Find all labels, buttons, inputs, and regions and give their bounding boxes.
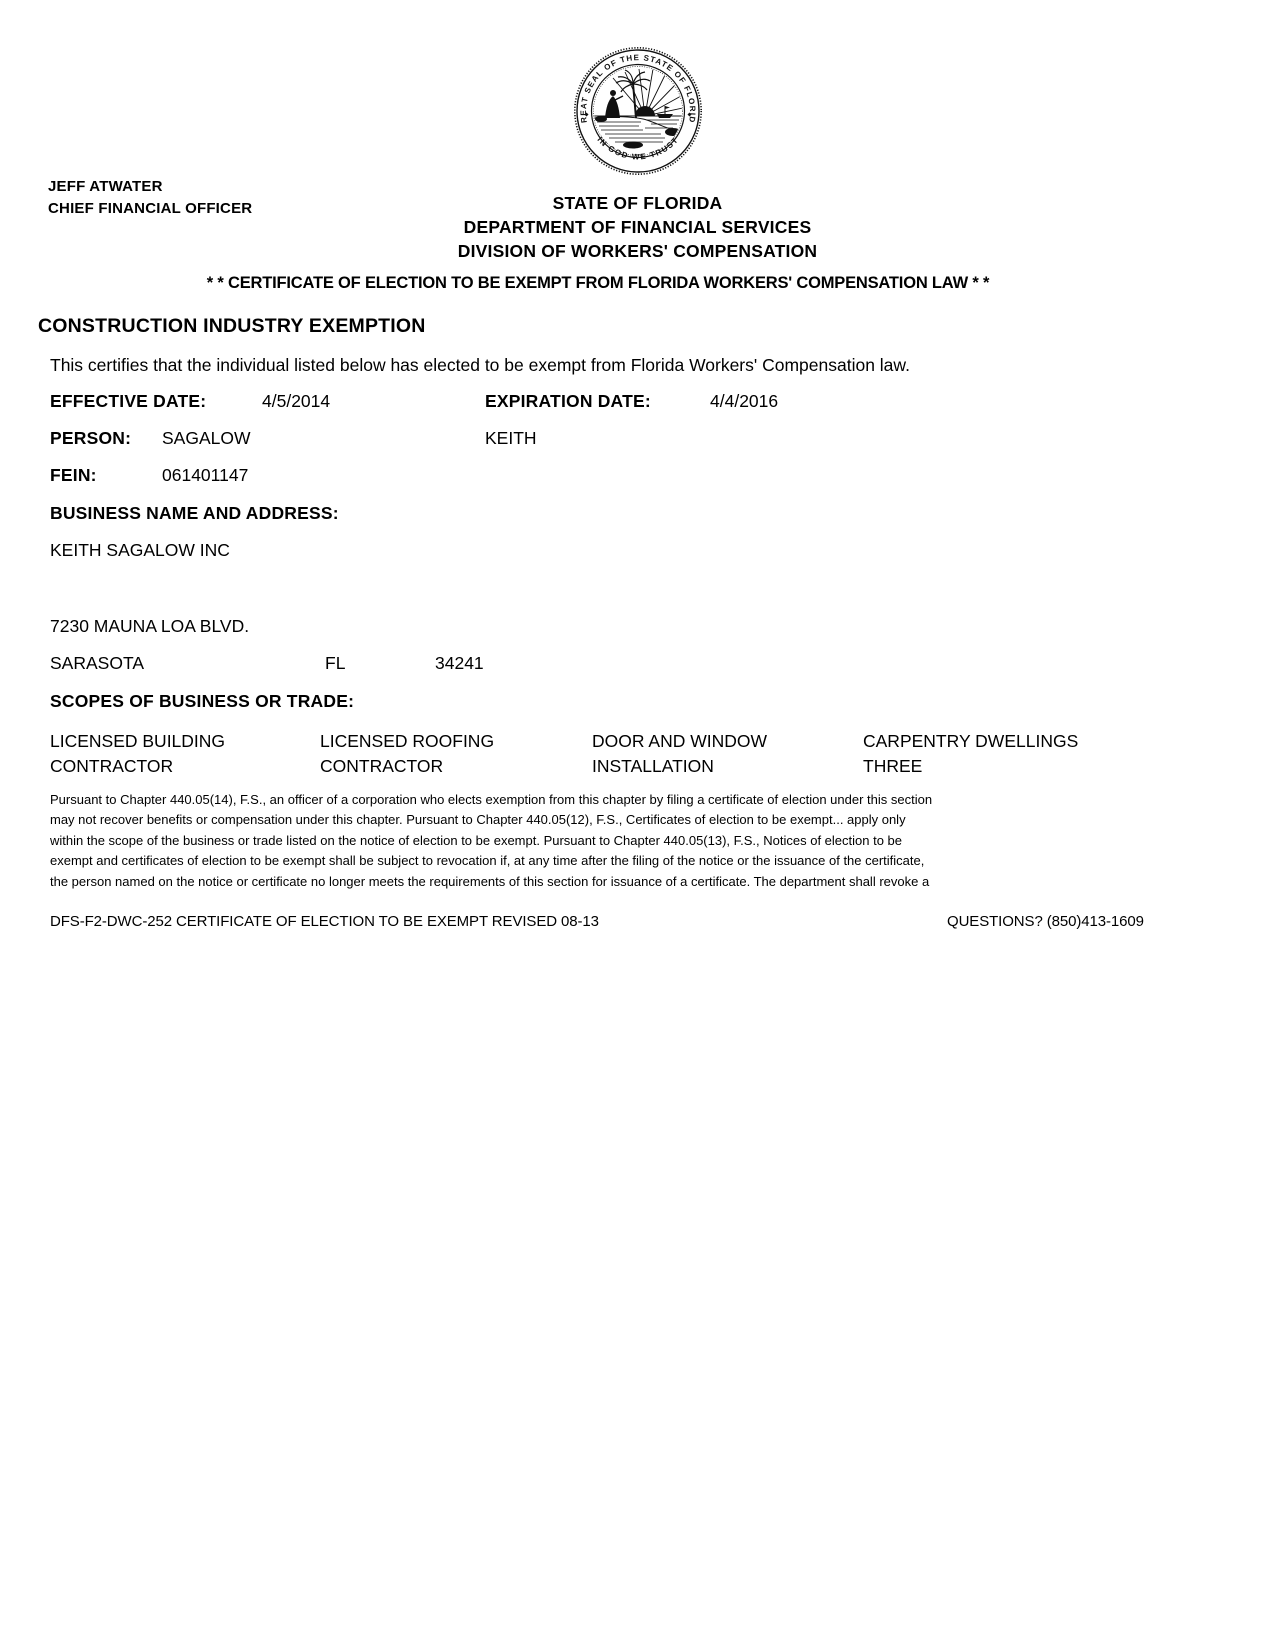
legal-paragraph: Pursuant to Chapter 440.05(14), F.S., an…	[50, 790, 1040, 892]
fein-value: 061401147	[162, 465, 248, 486]
legal-line: may not recover benefits or compensation…	[50, 810, 1040, 830]
agency-division: DIVISION OF WORKERS' COMPENSATION	[0, 239, 1275, 263]
section-title: CONSTRUCTION INDUSTRY EXEMPTION	[38, 315, 426, 338]
agency-department: DEPARTMENT OF FINANCIAL SERVICES	[0, 215, 1275, 239]
business-zip: 34241	[435, 653, 484, 674]
scopes-label: SCOPES OF BUSINESS OR TRADE:	[50, 691, 354, 712]
intro-text: This certifies that the individual liste…	[50, 355, 910, 376]
seal-ring-bottom-text: IN GOD WE TRUST	[596, 135, 681, 161]
scope-item: LICENSED BUILDING CONTRACTOR	[50, 729, 285, 779]
certificate-title: * * CERTIFICATE OF ELECTION TO BE EXEMPT…	[0, 274, 1196, 293]
business-city: SARASOTA	[50, 653, 144, 674]
seal-figure	[605, 90, 623, 118]
business-name: KEITH SAGALOW INC	[50, 540, 230, 561]
agency-state: STATE OF FLORIDA	[0, 191, 1275, 215]
florida-state-seal: GREAT SEAL OF THE STATE OF FLORIDA IN GO…	[573, 46, 703, 176]
florida-state-seal-graphic: GREAT SEAL OF THE STATE OF FLORIDA IN GO…	[573, 46, 703, 176]
expiration-date-label: EXPIRATION DATE:	[485, 391, 651, 412]
expiration-date-value: 4/4/2016	[710, 391, 778, 412]
person-first-name: KEITH	[485, 428, 537, 449]
form-number-footer: DFS-F2-DWC-252 CERTIFICATE OF ELECTION T…	[50, 913, 599, 930]
person-label: PERSON:	[50, 428, 131, 449]
business-label: BUSINESS NAME AND ADDRESS:	[50, 503, 339, 524]
legal-line: within the scope of the business or trad…	[50, 831, 1040, 851]
fein-label: FEIN:	[50, 465, 97, 486]
business-street: 7230 MAUNA LOA BLVD.	[50, 616, 249, 637]
scope-item: LICENSED ROOFING CONTRACTOR	[320, 729, 555, 779]
business-state: FL	[325, 653, 345, 674]
certificate-document: GREAT SEAL OF THE STATE OF FLORIDA IN GO…	[0, 0, 1275, 1650]
effective-date-label: EFFECTIVE DATE:	[50, 391, 206, 412]
legal-line: the person named on the notice or certif…	[50, 872, 1040, 892]
effective-date-value: 4/5/2014	[262, 391, 330, 412]
scope-item: DOOR AND WINDOW INSTALLATION	[592, 729, 827, 779]
legal-line: Pursuant to Chapter 440.05(14), F.S., an…	[50, 790, 1040, 810]
person-last-name: SAGALOW	[162, 428, 251, 449]
questions-phone: QUESTIONS? (850)413-1609	[947, 913, 1144, 930]
legal-line: exempt and certificates of election to b…	[50, 851, 1040, 871]
scope-item: CARPENTRY DWELLINGS THREE	[863, 729, 1098, 779]
agency-header: STATE OF FLORIDA DEPARTMENT OF FINANCIAL…	[0, 191, 1275, 263]
